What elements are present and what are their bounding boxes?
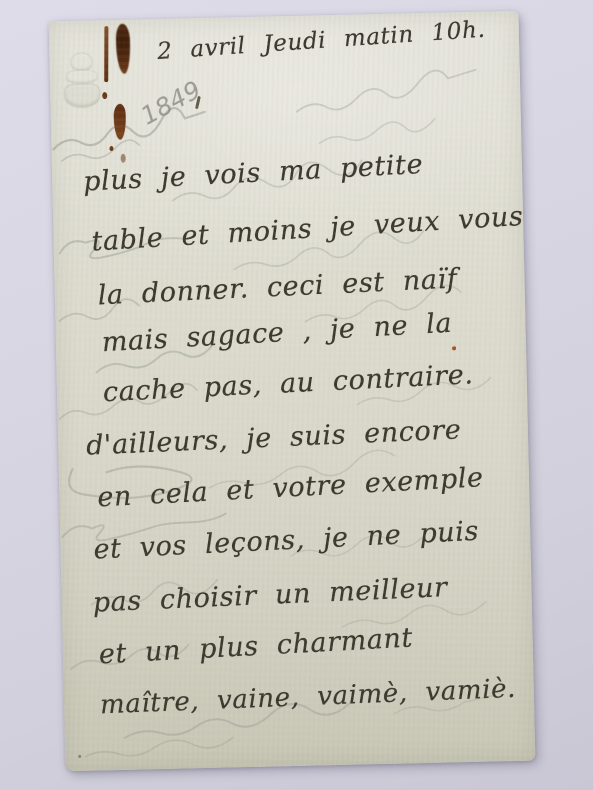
stamp-crest-middle — [66, 69, 98, 84]
handwriting-line: et un plus charmant — [98, 622, 414, 670]
ink-stain-blob-lower — [113, 104, 126, 140]
ink-stain-dot — [102, 92, 107, 99]
date-heading: 2 avril Jeudi matin 10h. — [156, 17, 486, 65]
ink-stain-dot-lower — [109, 146, 113, 151]
ink-stain-drip — [104, 26, 108, 82]
handwriting-line: maître, vaine, vaimè, vamiè. — [99, 674, 516, 721]
handwriting-line: table et moins je veux vous — [91, 201, 525, 258]
handwriting-line: pas choisir un meilleur — [92, 572, 448, 618]
handwriting-line: d'ailleurs, je suis encore — [86, 414, 462, 461]
handwriting-line: et vos leçons, je ne puis — [93, 516, 480, 566]
letter-paper: 2 avril Jeudi matin 10h. 1849 plus je vo… — [49, 11, 536, 771]
ink-stain-tail — [121, 154, 126, 163]
stamp-crest-base — [64, 83, 101, 108]
red-speck — [452, 346, 456, 350]
handwriting-line: cache pas, au contraire. — [102, 359, 474, 408]
ink-stain-blob — [116, 24, 131, 74]
embossed-stamp — [63, 52, 100, 113]
handwriting-line: la donner. ceci est naïf — [97, 263, 458, 311]
corner-speck — [78, 755, 81, 758]
handwriting-line: en cela et votre exemple — [97, 462, 485, 513]
letter-photograph: 2 avril Jeudi matin 10h. 1849 plus je vo… — [0, 0, 593, 790]
stamp-crest-top — [70, 52, 92, 70]
handwriting-line: mais sagace , je ne la — [101, 308, 453, 359]
